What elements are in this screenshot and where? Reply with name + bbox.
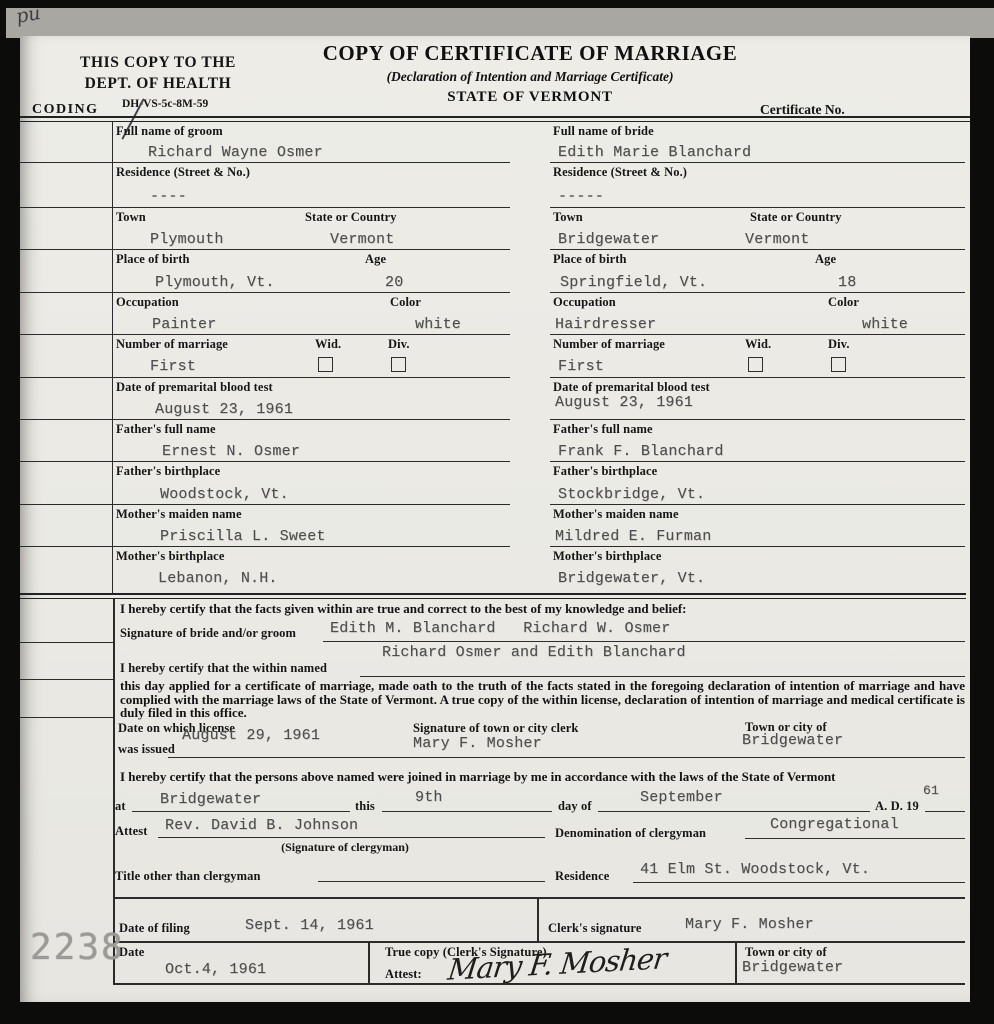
field-bride-father-name: Father's full name Frank F. Blanchard <box>550 420 965 462</box>
attest-note: (Signature of clergyman) <box>235 840 455 855</box>
date-of-filing-label: Date of filing <box>119 921 190 936</box>
field-label: Mother's maiden name <box>116 507 242 522</box>
field-value: First <box>558 358 604 375</box>
field-groom-father-name: Father's full name Ernest N. Osmer <box>113 420 510 462</box>
ad-line <box>925 811 965 812</box>
within-named-label: I hereby certify that the within named <box>120 661 327 676</box>
filing-town-value: Bridgewater <box>742 959 843 976</box>
filing-rowA-bottom-rule <box>113 941 965 943</box>
field-label: Full name of groom <box>116 124 223 139</box>
copy-note-line1: THIS COPY TO THE <box>68 52 248 73</box>
field-label: Date of premarital blood test <box>553 380 710 395</box>
row-blood-test: Date of premarital blood test August 23,… <box>20 378 970 420</box>
field-value: Ernest N. Osmer <box>162 443 300 460</box>
row-mother-maiden: Mother's maiden name Priscilla L. Sweet … <box>20 505 970 547</box>
day-of-line <box>598 811 870 812</box>
div-label: Div. <box>828 337 850 352</box>
field-label: Color <box>828 295 859 310</box>
title-block: COPY OF CERTIFICATE OF MARRIAGE (Declara… <box>260 41 800 106</box>
field-value: Plymouth <box>150 231 224 248</box>
coding-cell <box>20 163 113 208</box>
date-value: Oct.4, 1961 <box>165 961 266 978</box>
marriage-certify-line: I hereby certify that the persons above … <box>120 770 965 784</box>
wid-label: Wid. <box>315 337 341 352</box>
field-value: Lebanon, N.H. <box>158 570 278 587</box>
this-label: this <box>355 799 375 814</box>
filing-rowB-divider-left <box>368 941 370 983</box>
field-label: Color <box>390 295 421 310</box>
residence-label: Residence <box>555 869 609 884</box>
license-date-value: August 29, 1961 <box>182 727 320 744</box>
wid-label: Wid. <box>745 337 771 352</box>
field-value: Bridgewater, Vt. <box>558 570 705 587</box>
field-value: Vermont <box>745 231 809 248</box>
field-label: State or Country <box>305 210 397 225</box>
attest-label: Attest <box>115 824 148 839</box>
field-label: Father's full name <box>116 422 216 437</box>
field-groom-town-state: Town State or Country Plymouth Vermont <box>113 208 510 250</box>
filing-town-label: Town or city of <box>745 945 827 960</box>
field-label: Mother's birthplace <box>553 549 661 564</box>
field-label: Age <box>365 252 386 267</box>
field-bride-mother-maiden: Mother's maiden name Mildred E. Furman <box>550 505 965 547</box>
field-value: August 23, 1961 <box>555 394 693 411</box>
page-subtitle: (Declaration of Intention and Marriage C… <box>260 69 800 85</box>
denomination-line <box>745 838 965 839</box>
field-value: Plymouth, Vt. <box>155 274 275 291</box>
field-bride-father-birthplace: Father's birthplace Stockbridge, Vt. <box>550 462 965 505</box>
row-residence: Residence (Street & No.) ---- Residence … <box>20 163 970 208</box>
coding-cell <box>20 122 113 163</box>
ad-label: A. D. 19 <box>875 799 919 814</box>
certificate-page: THIS COPY TO THE DEPT. OF HEALTH CODING … <box>20 36 970 1002</box>
license-row-line <box>168 757 965 758</box>
handwritten-pen-mark: pu <box>14 2 42 28</box>
field-value: Hairdresser <box>555 316 656 333</box>
clerk-signature-value: Mary F. Mosher <box>413 735 542 752</box>
groom-wid-checkbox <box>318 357 333 372</box>
form-number: DH-VS-5c-8M-59 <box>122 98 208 110</box>
field-label: Mother's maiden name <box>553 507 679 522</box>
field-groom-mother-birthplace: Mother's birthplace Lebanon, N.H. <box>113 547 510 593</box>
license-town-value: Bridgewater <box>742 732 843 749</box>
field-value: white <box>862 316 908 333</box>
coding-cell <box>20 378 113 420</box>
bride-div-checkbox <box>831 357 846 372</box>
signature-label: Signature of bride and/or groom <box>120 626 296 641</box>
field-value: Stockbridge, Vt. <box>558 486 705 503</box>
field-value: Frank F. Blanchard <box>558 443 724 460</box>
field-value: white <box>415 316 461 333</box>
copy-note-line2: DEPT. OF HEALTH <box>68 73 248 94</box>
this-line <box>382 811 552 812</box>
field-label: Number of marriage <box>116 337 228 352</box>
at-value: Bridgewater <box>160 791 261 808</box>
field-value: Painter <box>152 316 216 333</box>
denomination-value: Congregational <box>770 816 899 833</box>
field-groom-residence: Residence (Street & No.) ---- <box>113 163 510 208</box>
marriage-year-value: 61 <box>923 783 939 798</box>
residence-value: 41 Elm St. Woodstock, Vt. <box>640 861 870 878</box>
field-label: Father's full name <box>553 422 653 437</box>
coding-line <box>20 642 113 643</box>
certification-section: I hereby certify that the facts given wi… <box>20 599 970 1002</box>
coding-line <box>20 679 113 680</box>
field-groom-father-birthplace: Father's birthplace Woodstock, Vt. <box>113 462 510 505</box>
field-label: Residence (Street & No.) <box>116 165 250 180</box>
scanned-marriage-certificate: { "scan": { "stamp_number": "2238", "han… <box>0 0 994 1024</box>
field-label: Age <box>815 252 836 267</box>
row-full-name: Full name of groom Richard Wayne Osmer F… <box>20 122 970 163</box>
row-marriage-number: Number of marriage Wid. Div. First Numbe… <box>20 335 970 378</box>
coding-cell <box>20 505 113 547</box>
filing-rowB-divider-right <box>735 941 737 983</box>
field-label: Place of birth <box>116 252 190 267</box>
at-label: at <box>115 799 126 814</box>
coding-cell <box>20 208 113 250</box>
field-label: Town <box>116 210 146 225</box>
attest-value: Rev. David B. Johnson <box>165 817 358 834</box>
field-value: August 23, 1961 <box>155 401 293 418</box>
file-number-stamp: 2238 <box>30 927 125 968</box>
field-value: First <box>150 358 196 375</box>
field-label: Full name of bride <box>553 124 654 139</box>
field-groom-blood-test: Date of premarital blood test August 23,… <box>113 378 510 420</box>
clerk-signature-label: Signature of town or city clerk <box>413 721 578 736</box>
clerks-signature-value: Mary F. Mosher <box>685 916 814 933</box>
coding-line <box>20 717 113 718</box>
field-label: Residence (Street & No.) <box>553 165 687 180</box>
field-bride-occupation-color: Occupation Color Hairdresser white <box>550 293 965 335</box>
div-label: Div. <box>388 337 410 352</box>
title-other-label: Title other than clergyman <box>115 869 261 884</box>
field-value: Bridgewater <box>558 231 659 248</box>
state-title: STATE OF VERMONT <box>260 89 800 106</box>
field-value: 20 <box>385 274 403 291</box>
field-groom-mother-maiden: Mother's maiden name Priscilla L. Sweet <box>113 505 510 547</box>
field-value: ----- <box>558 188 604 205</box>
signature-line <box>323 641 965 642</box>
title-other-line <box>318 881 545 882</box>
row-occupation-color: Occupation Color Painter white Occupatio… <box>20 293 970 335</box>
field-value: Richard Wayne Osmer <box>148 144 323 161</box>
row-town-state: Town State or Country Plymouth Vermont T… <box>20 208 970 250</box>
field-bride-mother-birthplace: Mother's birthplace Bridgewater, Vt. <box>550 547 965 593</box>
field-value: Mildred E. Furman <box>555 528 711 545</box>
coding-cell <box>20 335 113 378</box>
day-of-label: day of <box>558 799 592 814</box>
field-label: Mother's birthplace <box>116 549 224 564</box>
field-label: State or Country <box>750 210 842 225</box>
groom-div-checkbox <box>391 357 406 372</box>
bride-wid-checkbox <box>748 357 763 372</box>
denomination-label: Denomination of clergyman <box>555 826 706 841</box>
field-value: Woodstock, Vt. <box>160 486 289 503</box>
page-title: COPY OF CERTIFICATE OF MARRIAGE <box>260 41 800 66</box>
coding-cell <box>20 250 113 293</box>
coding-cell <box>20 293 113 335</box>
at-line <box>132 811 350 812</box>
signature-value: Edith M. Blanchard Richard W. Osmer <box>330 620 670 637</box>
true-copy-attest-label: Attest: <box>385 967 422 982</box>
coding-cell <box>20 547 113 593</box>
field-groom-occupation-color: Occupation Color Painter white <box>113 293 510 335</box>
filing-rowA-divider <box>537 897 539 941</box>
within-named-value: Richard Osmer and Edith Blanchard <box>382 644 686 661</box>
field-value: Springfield, Vt. <box>560 274 707 291</box>
field-bride-blood-test: Date of premarital blood test August 23,… <box>550 378 965 420</box>
field-value: Edith Marie Blanchard <box>558 144 751 161</box>
field-bride-marriage-number: Number of marriage Wid. Div. First <box>550 335 965 378</box>
field-label: Place of birth <box>553 252 627 267</box>
coding-cell <box>20 420 113 462</box>
this-value: 9th <box>415 789 443 806</box>
field-value: Vermont <box>330 231 394 248</box>
clerks-signature-label: Clerk's signature <box>548 921 642 936</box>
applied-paragraph: this day applied for a certificate of ma… <box>120 679 965 720</box>
residence-line <box>633 882 965 883</box>
field-bride-residence: Residence (Street & No.) ----- <box>550 163 965 208</box>
facts-certify-line: I hereby certify that the facts given wi… <box>120 602 840 616</box>
field-value: ---- <box>150 188 187 205</box>
field-label: Occupation <box>116 295 179 310</box>
field-label: Date of premarital blood test <box>116 380 273 395</box>
row-father-name: Father's full name Ernest N. Osmer Fathe… <box>20 420 970 462</box>
field-label: Town <box>553 210 583 225</box>
field-bride-full-name: Full name of bride Edith Marie Blanchard <box>550 122 965 163</box>
field-value: 18 <box>838 274 856 291</box>
form-grid: Full name of groom Richard Wayne Osmer F… <box>20 122 970 593</box>
field-bride-town-state: Town State or Country Bridgewater Vermon… <box>550 208 965 250</box>
field-groom-marriage-number: Number of marriage Wid. Div. First <box>113 335 510 378</box>
license-date-label-line2: was issued <box>118 742 175 757</box>
field-value: Priscilla L. Sweet <box>160 528 326 545</box>
field-label: Number of marriage <box>553 337 665 352</box>
attest-line <box>158 837 545 838</box>
field-groom-full-name: Full name of groom Richard Wayne Osmer <box>113 122 510 163</box>
day-of-value: September <box>640 789 723 806</box>
scanner-gray-band <box>6 8 994 38</box>
row-mother-birthplace: Mother's birthplace Lebanon, N.H. Mother… <box>20 547 970 593</box>
field-label: Father's birthplace <box>553 464 657 479</box>
copy-note: THIS COPY TO THE DEPT. OF HEALTH <box>68 52 248 94</box>
coding-cell <box>20 462 113 505</box>
field-bride-birthplace-age: Place of birth Age Springfield, Vt. 18 <box>550 250 965 293</box>
filing-table-bottom-rule <box>113 983 965 985</box>
field-label: Father's birthplace <box>116 464 220 479</box>
row-birthplace-age: Place of birth Age Plymouth, Vt. 20 Plac… <box>20 250 970 293</box>
date-of-filing-value: Sept. 14, 1961 <box>245 917 374 934</box>
filing-table-top-rule <box>113 897 965 899</box>
field-label: Occupation <box>553 295 616 310</box>
row-father-birthplace: Father's birthplace Woodstock, Vt. Fathe… <box>20 462 970 505</box>
field-groom-birthplace-age: Place of birth Age Plymouth, Vt. 20 <box>113 250 510 293</box>
